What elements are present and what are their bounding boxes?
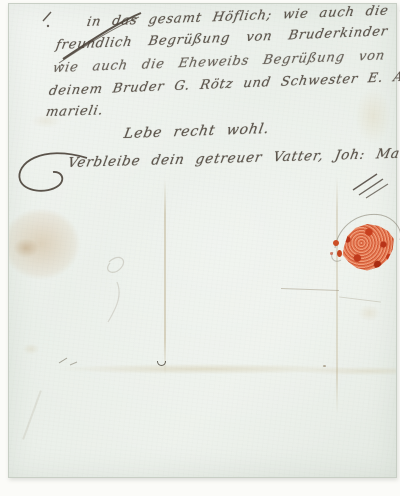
wax-seal bbox=[337, 222, 395, 272]
vertical-fold-line-left bbox=[164, 179, 166, 375]
vertical-fold-line-right bbox=[336, 176, 338, 414]
letter-paper: in das gesamt Höflich; wie auch die — fr… bbox=[8, 3, 397, 478]
letter-signature-line: Verbleibe dein getreuer Vatter, Joh: Mar… bbox=[67, 144, 400, 171]
wax-speck bbox=[330, 252, 333, 255]
ghost-showthrough-writing bbox=[87, 250, 143, 336]
crease-scratch-line bbox=[281, 288, 339, 291]
wax-speck bbox=[337, 250, 342, 257]
letter-line: marieli. bbox=[45, 103, 105, 120]
crease-scratch-line bbox=[339, 296, 381, 302]
faint-streak bbox=[22, 390, 42, 440]
scanned-letter-photo: in das gesamt Höflich; wie auch die — fr… bbox=[0, 0, 400, 496]
letter-closing-line: Lebe recht wohl. bbox=[123, 121, 271, 142]
fold-ink-mark bbox=[157, 361, 166, 366]
wax-speck bbox=[333, 240, 339, 246]
fold-scribble bbox=[57, 353, 83, 369]
signature-underline-flourish bbox=[347, 164, 400, 200]
fold-dot-mark bbox=[323, 365, 326, 367]
